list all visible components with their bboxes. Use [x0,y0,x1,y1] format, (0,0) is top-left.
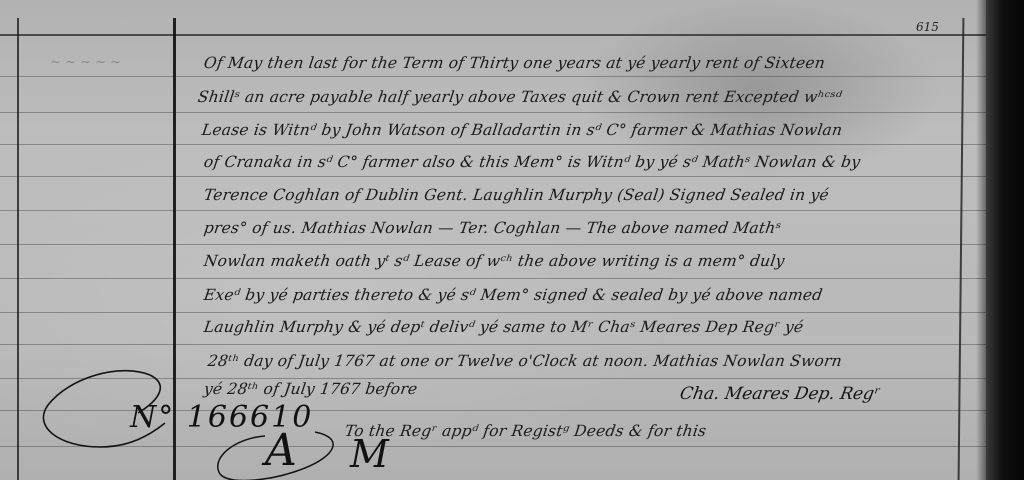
left-margin-rule [17,18,19,480]
bottom-initial: A [265,425,297,476]
ruled-line [0,144,986,145]
folio-number: 615 [916,20,939,34]
faded-margin-text: ~ ~ ~ ~ ~ [50,55,121,70]
registrar-signature: Cha. Meares Dep. Regʳ [678,384,881,404]
text-line-6: pres° of us. Mathias Nowlan — Ter. Coghl… [203,219,783,237]
bottom-partial-word: M [350,432,389,476]
ruled-line [0,210,986,211]
ruled-line [0,312,986,313]
ruled-line [0,76,986,77]
text-line-4: of Cranaka in sᵈ C° farmer also & this M… [203,153,862,171]
scanned-register-page: ~ ~ ~ ~ ~ 615 Of May then last for the T… [0,0,1024,480]
text-line-1: Of May then last for the Term of Thirty … [203,54,826,72]
text-line-10: 28ᵗʰ day of July 1767 at one or Twelve o… [207,352,843,370]
ruled-line [0,278,986,279]
text-line-7: Nowlan maketh oath yᵗ sᵈ Lease of wᶜʰ th… [203,252,786,270]
text-line-5: Terence Coghlan of Dublin Gent. Laughlin… [203,186,830,204]
book-binding [986,0,1024,480]
ruled-line [0,344,986,345]
text-line-3: Lease is Witnᵈ by John Watson of Ballada… [201,121,844,139]
text-line-9: Laughlin Murphy & yé depᵗ delivᵈ yé same… [203,318,805,336]
page-top-rule [0,34,986,36]
text-line-11: yé 28ᵗʰ of July 1767 before [203,380,419,398]
text-line-2: Shillˢ an acre payable half yearly above… [197,88,843,106]
text-line-8: Exeᵈ by yé parties thereto & yé sᵈ Mem° … [203,286,824,304]
binding-shadow [976,0,986,480]
ruled-line [0,244,986,245]
ruled-line [0,112,986,113]
registration-fee-line: To the Regʳ appᵈ for Registᵍ Deeds & for… [344,422,708,440]
ruled-line [0,176,986,177]
